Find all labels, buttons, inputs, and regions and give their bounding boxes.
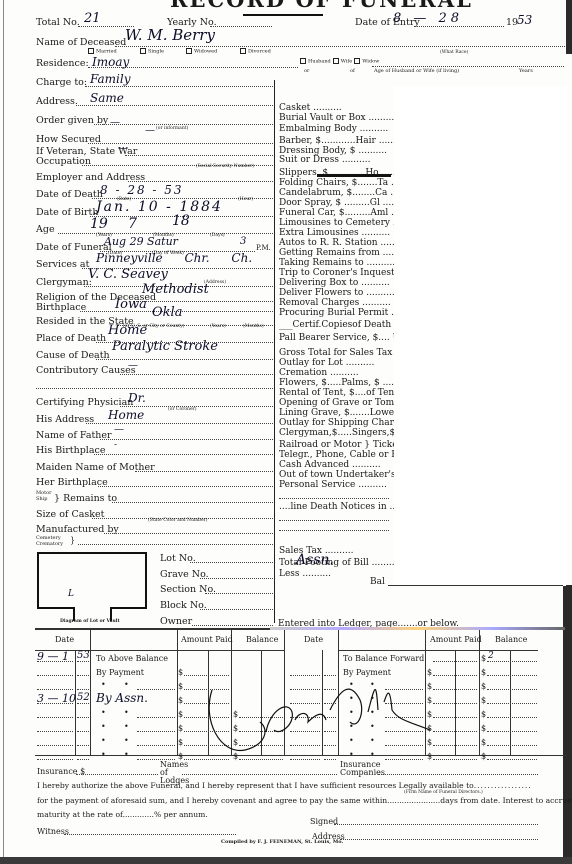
ledger-vline xyxy=(90,650,91,756)
ledger-date-field[interactable] xyxy=(37,745,73,746)
charge-item[interactable]: Procuring Burial Permit .......... xyxy=(279,309,394,318)
charge-item[interactable] xyxy=(279,493,389,499)
ledger-left-date-header: Date xyxy=(55,636,74,644)
order-given-field[interactable] xyxy=(94,124,273,125)
cause-of-death-field[interactable] xyxy=(96,359,273,360)
funeral-hour-value: 3 xyxy=(240,237,246,247)
ledger-vline xyxy=(90,630,91,650)
ditto-mark: • xyxy=(124,681,129,689)
charge-item[interactable]: Personal Service .......... xyxy=(279,481,387,490)
authorize-line-1: I hereby authorize the above Funeral, an… xyxy=(37,782,532,790)
charge-item[interactable]: Door Spray, $ .........Gl .......... xyxy=(279,199,394,208)
cemetery-label: Cemetery Crematory xyxy=(36,535,66,547)
cemetery-field[interactable] xyxy=(78,544,273,545)
charge-item[interactable]: Limousines to Cemetery .......... xyxy=(279,219,394,228)
father-field[interactable] xyxy=(100,439,273,440)
age-spouse-label: Age of Husband or Wife (if living) xyxy=(374,69,459,74)
balance-field[interactable] xyxy=(487,717,537,718)
employer-field[interactable] xyxy=(128,181,273,182)
ledger-entry-field[interactable] xyxy=(137,745,175,746)
resided-months-note: (Months) xyxy=(243,325,264,330)
ledger-right-date-header: Date xyxy=(304,636,323,644)
mother-field[interactable] xyxy=(135,471,273,472)
religion-field[interactable] xyxy=(133,301,273,302)
ledger-date-field[interactable] xyxy=(37,675,73,676)
compiled-by: Compiled by F. J. FEINEMAN, St. Louis, M… xyxy=(221,839,343,845)
lot-diagram-edge xyxy=(110,607,147,609)
title-underline xyxy=(243,14,323,16)
balance-field[interactable] xyxy=(487,675,537,676)
place-of-death-value: Home xyxy=(108,324,147,337)
ledger-entry-field[interactable] xyxy=(137,689,175,690)
charge-item[interactable]: Railroad or Motor } Tickets, $ .........… xyxy=(279,441,394,450)
total-no-label: Total No. xyxy=(36,18,80,28)
ledger-right-balance-header: Balance xyxy=(495,636,527,644)
birthplace-value: Iowa xyxy=(115,298,147,311)
balance-field[interactable] xyxy=(487,703,537,704)
charge-item[interactable]: Getting Remains from .......... xyxy=(279,249,394,258)
charge-item[interactable]: Candelabrum, $........Ca .......... xyxy=(279,189,394,198)
scan-edge-bottom xyxy=(0,857,572,864)
charge-item[interactable]: Casket .......... xyxy=(279,104,342,113)
lot-no-field[interactable] xyxy=(190,562,273,563)
address-value: Same xyxy=(90,92,124,104)
authorize-line-2: for the payment of aforesaid sum, and I … xyxy=(37,797,572,805)
dollar-sign: $ xyxy=(178,711,183,719)
ledger-date-field[interactable] xyxy=(37,759,73,760)
charge-item[interactable]: Embalming Body .......... xyxy=(279,125,388,134)
services-value: Pinneyville Chr. Ch. xyxy=(96,252,252,264)
dollar-sign: $ xyxy=(481,725,486,733)
ledger-right-amount-header: Amount Paid xyxy=(430,636,482,644)
dollar-sign: $ xyxy=(178,739,183,747)
physician-label: Certifying Physician xyxy=(36,398,133,408)
ledger-date-field[interactable] xyxy=(37,689,73,690)
section-no-field[interactable] xyxy=(205,593,273,594)
cemetery-brace: } xyxy=(70,537,75,545)
his-birthplace-value: - xyxy=(114,441,117,450)
balance-field[interactable] xyxy=(487,745,537,746)
ledger-year-field[interactable] xyxy=(77,745,89,746)
contributory-field[interactable] xyxy=(120,374,273,375)
address-footer-field[interactable] xyxy=(340,839,538,840)
cause-of-death-value: Paralytic Stroke xyxy=(112,340,218,353)
charge-item[interactable]: Opening of Grave or Tomb .......... xyxy=(279,399,394,408)
lot-diagram-mark: L xyxy=(68,590,74,599)
ledger-year-field[interactable] xyxy=(77,661,89,662)
ledger-year-value: 52 xyxy=(77,693,90,703)
charge-item[interactable]: Delivering Box to .......... xyxy=(279,279,390,288)
authorize-line-3: maturity at the rate of.............% pe… xyxy=(37,811,208,819)
remains-to-field[interactable] xyxy=(112,502,273,503)
ssn-note: (Social Security Number) xyxy=(196,165,254,170)
charge-to-value: Family xyxy=(90,73,131,85)
informant-note: (or informant) xyxy=(156,127,188,132)
contributory-field-2[interactable] xyxy=(36,388,273,389)
charge-item[interactable] xyxy=(279,525,389,531)
charge-item[interactable]: Burial Vault or Box .......... xyxy=(279,114,394,123)
lodges-field[interactable] xyxy=(182,774,337,775)
charge-to-field[interactable] xyxy=(85,86,273,87)
spouse-years-label: Years xyxy=(519,69,533,74)
ditto-mark: • xyxy=(101,681,106,689)
charge-item[interactable]: Telegr., Phone, Cable or Ra .......... xyxy=(279,451,394,460)
insurance-companies-field[interactable] xyxy=(378,774,538,775)
owner-field[interactable] xyxy=(192,625,273,626)
paid-in-full-signature xyxy=(200,650,440,760)
spouse-checkboxes[interactable]: HusbandWifeWidow xyxy=(300,58,379,65)
charge-item[interactable]: ....line Death Notices in .......... xyxy=(279,503,394,512)
age-years-value: 19 xyxy=(90,217,108,231)
date-of-entry-value: 8 — 28 xyxy=(393,12,463,25)
residence-value: Imoay xyxy=(92,56,129,68)
charge-item[interactable]: Cremation .......... xyxy=(279,369,359,378)
ditto-mark: • xyxy=(101,737,106,745)
spouse-name-field[interactable] xyxy=(372,66,564,67)
dollar-sign: $ xyxy=(481,753,486,761)
resided-years-note: (Years) xyxy=(210,325,226,330)
balance-field[interactable] xyxy=(487,661,537,662)
dollar-sign: $ xyxy=(481,683,486,691)
ledger-entry-text: By Assn. xyxy=(96,692,148,704)
birthplace-label: Birthplace xyxy=(36,303,86,313)
firm-note: (Firm Name of Funeral Directors.) xyxy=(404,791,483,796)
ditto-mark: • xyxy=(101,709,106,717)
balance-field[interactable] xyxy=(487,759,537,760)
charge-item[interactable] xyxy=(279,515,389,521)
charge-item[interactable]: Folding Chairs, $.......Ta .......... xyxy=(279,179,394,188)
charge-item[interactable]: Taking Remains to .......... xyxy=(279,259,394,268)
charge-item[interactable]: Less .......... xyxy=(279,570,331,579)
charge-item[interactable]: Removal Charges .......... xyxy=(279,299,391,308)
blank-cutout-area xyxy=(394,86,566,586)
coroner-note: (or Coroner) xyxy=(168,408,197,413)
charge-item[interactable]: Rental of Tent, $....of Ten .......... xyxy=(279,389,394,398)
veteran-field[interactable] xyxy=(125,155,273,156)
dollar-sign: $ xyxy=(481,655,486,663)
physician-value: Dr. xyxy=(128,392,146,404)
ledger-entry-field[interactable] xyxy=(137,731,175,732)
ledger-top-rule-colored xyxy=(270,627,565,630)
her-birthplace-field[interactable] xyxy=(98,486,273,487)
charge-item[interactable]: Suit or Dress .......... xyxy=(279,156,370,165)
spouse-or: or xyxy=(304,69,309,74)
motor-ship-label: Motor Ship xyxy=(36,490,50,502)
ledger-year-field[interactable] xyxy=(77,731,89,732)
date-of-funeral-value: Aug 29 Satur xyxy=(104,236,178,247)
charge-item[interactable]: Pall Bearer Service, $.... U .......... xyxy=(279,334,394,343)
ledger-date-field[interactable] xyxy=(37,731,73,732)
ditto-mark: • xyxy=(101,723,106,731)
deceased-name-field[interactable] xyxy=(115,46,565,47)
ditto-mark: • xyxy=(101,751,106,759)
charges-column: Casket ..........Burial Vault or Box ...… xyxy=(274,80,394,623)
balance-line xyxy=(388,585,563,586)
ledger-entry-text: By Payment xyxy=(96,669,144,677)
witness-field[interactable] xyxy=(64,834,236,835)
address-field[interactable] xyxy=(76,105,273,106)
his-birthplace-field[interactable] xyxy=(94,454,273,455)
ledger-entry-field[interactable] xyxy=(137,717,175,718)
hour-note: (Hour) xyxy=(238,198,253,203)
casket-note: (State Color and Number) xyxy=(148,519,208,524)
charge-item[interactable]: Slippers, $.............Ho .......... xyxy=(279,169,394,178)
age-days-value: 18 xyxy=(172,214,190,228)
ledger-date-field[interactable] xyxy=(37,717,73,718)
widowed-checkbox[interactable]: Widowed xyxy=(186,48,217,55)
deceased-name-label: Name of Deceased xyxy=(36,38,126,48)
block-no-field[interactable] xyxy=(200,609,273,610)
balance-label: Bal xyxy=(370,578,385,587)
father-value: — xyxy=(114,425,124,435)
ledger-date-value: 9 — 1 xyxy=(37,651,69,662)
year-value: 53 xyxy=(517,14,532,26)
ledger-year-field[interactable] xyxy=(77,703,89,704)
less-value: Assn. xyxy=(296,553,334,567)
ledger-entry-text: To Above Balance xyxy=(96,655,168,663)
dollar-sign: $ xyxy=(481,739,486,747)
her-birthplace-label: Her Birthplace xyxy=(36,478,108,488)
yearly-no-field[interactable] xyxy=(210,26,272,27)
veteran-value: — xyxy=(118,144,128,154)
scan-edge-top-right xyxy=(566,0,572,54)
charge-to-label: Charge to: xyxy=(36,78,87,88)
how-secured-value: — xyxy=(145,126,155,136)
balance-value: 2 xyxy=(488,652,494,661)
charge-item[interactable]: Barber, $............Hair .......... xyxy=(279,137,394,146)
owner-label: Owner xyxy=(160,617,192,627)
total-no-value: 21 xyxy=(84,12,101,25)
days-note: (Days) xyxy=(210,234,225,239)
order-given-value: — xyxy=(110,118,120,128)
charge-item[interactable]: Outlay for Shipping Charge .......... xyxy=(279,419,394,428)
ledger-year-field[interactable] xyxy=(77,759,89,760)
dollar-sign: $ xyxy=(481,697,486,705)
how-secured-field[interactable] xyxy=(88,143,273,144)
insurance-field[interactable] xyxy=(76,774,158,775)
ledger-left-balance-header: Balance xyxy=(246,636,278,644)
manufactured-field[interactable] xyxy=(104,533,273,534)
charge-item[interactable]: Lining Grave, $.......Lowe .......... xyxy=(279,409,394,418)
age-label: Age xyxy=(36,225,55,235)
balance-field[interactable] xyxy=(487,731,537,732)
spouse-of: of xyxy=(350,69,355,74)
age-months-value: 7 xyxy=(128,217,137,231)
charge-item[interactable]: Autos to R. R. Station .......... xyxy=(279,239,394,248)
dollar-sign: $ xyxy=(178,725,183,733)
charge-item[interactable]: Cash Advanced .......... xyxy=(279,461,381,470)
charge-item[interactable]: Outlay for Lot .......... xyxy=(279,359,374,368)
grave-no-field[interactable] xyxy=(200,578,273,579)
ledger-year-field[interactable] xyxy=(77,675,89,676)
residence-label: Residence: xyxy=(36,59,89,69)
ledger-year-field[interactable] xyxy=(77,689,89,690)
ditto-mark: • xyxy=(124,751,129,759)
page-edge-left xyxy=(3,0,4,864)
charge-item[interactable]: Deliver Flowers to .......... xyxy=(279,289,394,298)
charge-item[interactable]: Clergyman,$.....Singers,$ .......... xyxy=(279,429,394,438)
date-of-entry-field[interactable] xyxy=(414,26,504,27)
charge-item[interactable]: ___Certif.Copiesof Death C .......... xyxy=(279,321,394,330)
address-label: Address. xyxy=(36,97,78,107)
ledger-year-value: 53 xyxy=(77,651,90,661)
remains-to-label: } Remains to xyxy=(54,494,117,504)
his-address-value: Home xyxy=(108,409,144,421)
date-of-death-value: 8 - 28 - 53 xyxy=(100,184,184,196)
ledger-date-value: 3 — 10 xyxy=(37,693,76,704)
clergyman-value: V. C. Seavey xyxy=(88,268,168,281)
what-race-note: (What Race) xyxy=(440,51,468,56)
married-checkbox[interactable]: Married xyxy=(88,48,117,55)
divorced-checkbox[interactable]: Divorced xyxy=(240,48,271,55)
ditto-mark: • xyxy=(124,723,129,731)
dollar-sign: $ xyxy=(481,669,486,677)
lot-diagram-box xyxy=(37,552,147,609)
lot-diagram-edge xyxy=(37,607,75,609)
dollar-sign: $ xyxy=(178,669,183,677)
dollar-sign: $ xyxy=(481,711,486,719)
ledger-year-field[interactable] xyxy=(77,717,89,718)
charge-item[interactable]: Gross Total for Sales Tax .......... xyxy=(279,349,394,358)
funeral-record-page: RECORD OF FUNERAL Total No. 21 Yearly No… xyxy=(0,0,572,864)
single-checkbox[interactable]: Single xyxy=(140,48,164,55)
ledger-vline xyxy=(479,630,480,756)
ditto-mark: • xyxy=(124,737,129,745)
dollar-sign: $ xyxy=(178,683,183,691)
religion-value: Methodist xyxy=(142,283,209,296)
signed-field[interactable] xyxy=(334,824,538,825)
ditto-mark: • xyxy=(124,709,129,717)
charge-item[interactable]: Trip to Coroner's Inquest .......... xyxy=(279,269,394,278)
charge-item[interactable]: Extra Limousines .......... xyxy=(279,229,390,238)
date-of-birth-value: Jan. 10 - 1884 xyxy=(96,200,223,214)
ledger-left-amount-header: Amount Paid xyxy=(181,636,233,644)
contributory-value: — xyxy=(128,361,138,371)
deceased-name-value: W. M. Berry xyxy=(125,28,215,43)
dollar-sign: $ xyxy=(178,697,183,705)
balance-field[interactable] xyxy=(487,689,537,690)
charge-item[interactable]: Out of town Undertaker's ( .......... xyxy=(279,471,394,480)
lot-diagram-caption: Diagram of Lot or Vault xyxy=(60,620,120,625)
charge-item[interactable]: Flowers, $.....Palms, $ .......... xyxy=(279,379,394,388)
resided-value: Okla xyxy=(152,306,182,319)
charge-item[interactable]: Funeral Car, $.........Aml .......... xyxy=(279,209,394,218)
pm-label: P.M. xyxy=(256,245,271,252)
